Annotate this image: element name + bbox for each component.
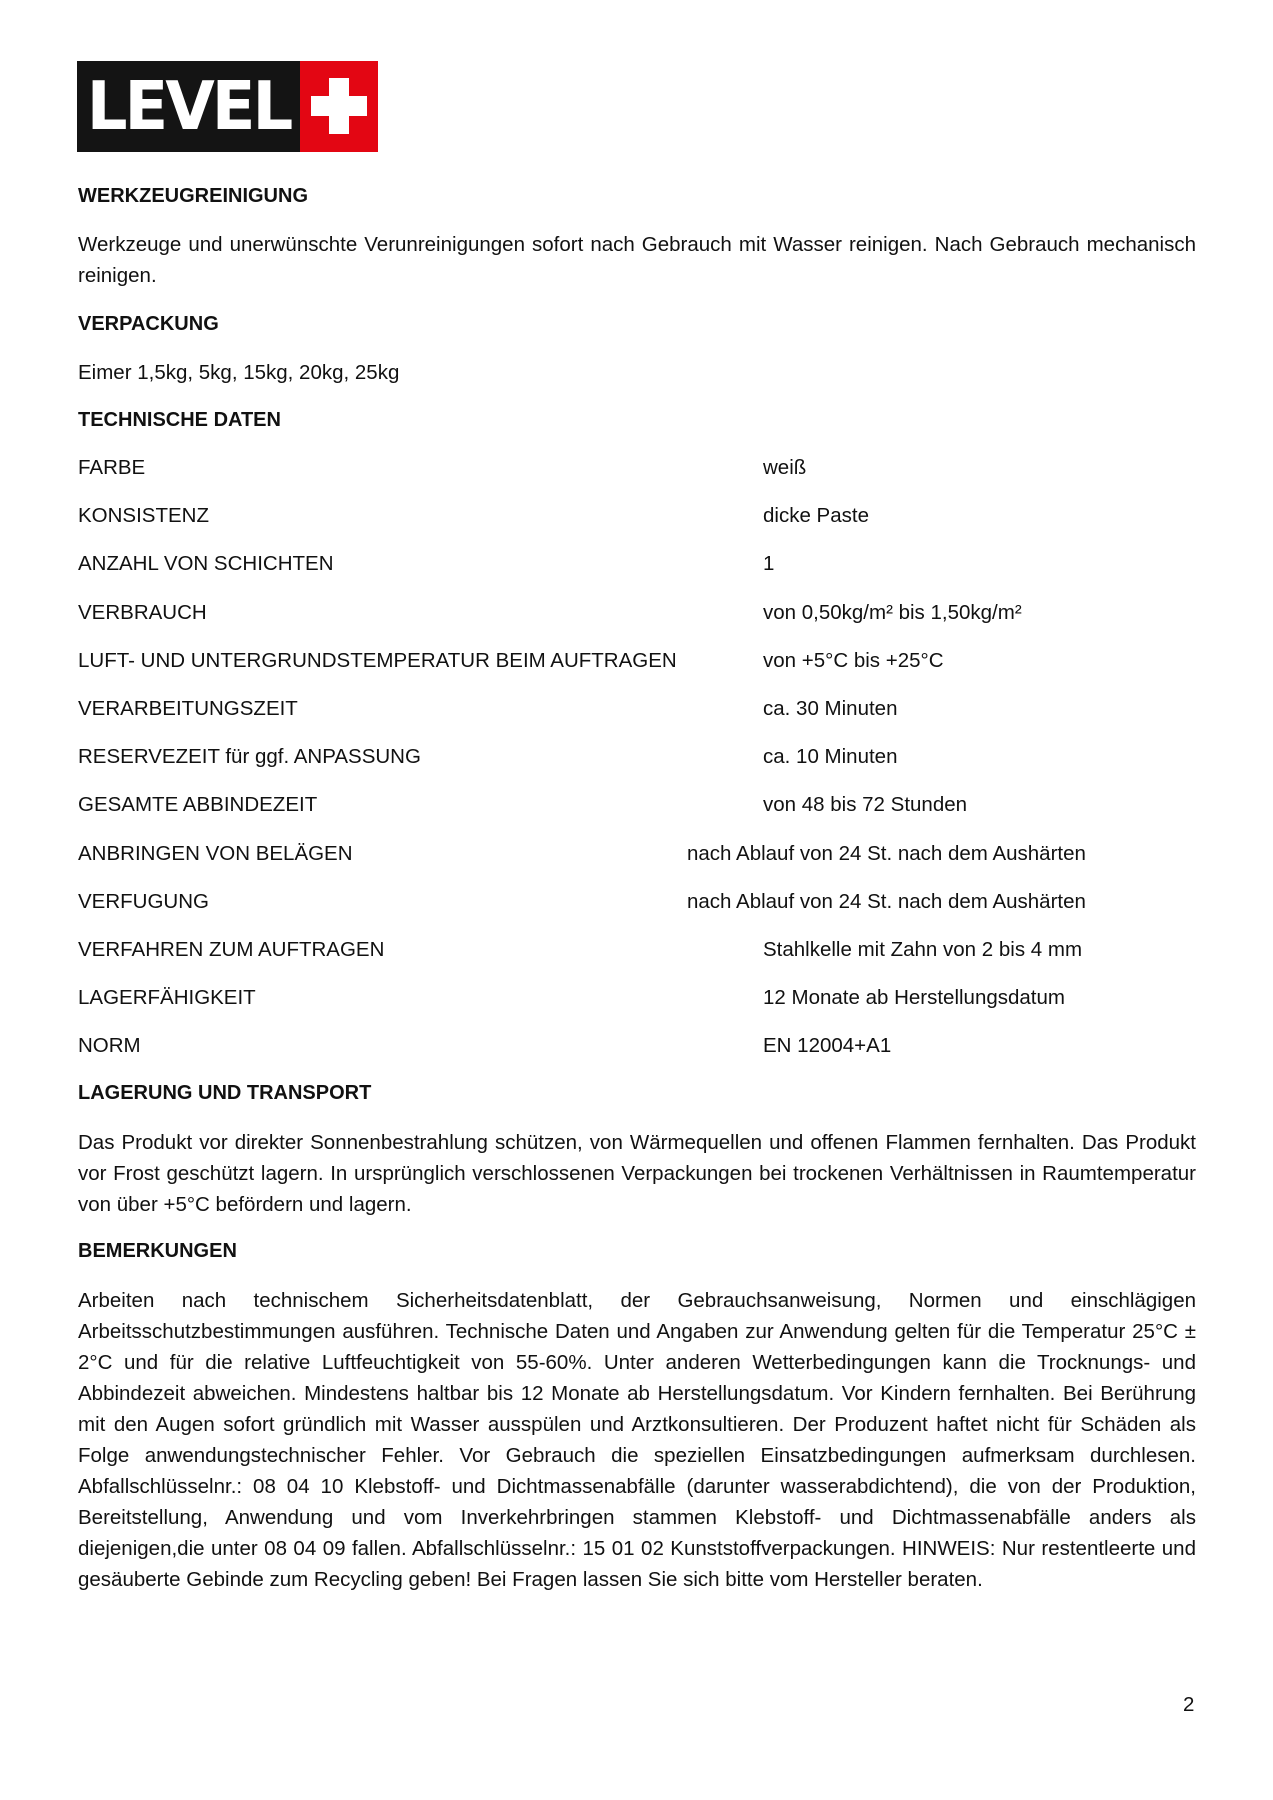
row-value: Stahlkelle mit Zahn von 2 bis 4 mm [763,938,1082,962]
table-row: VERFAHREN ZUM AUFTRAGENStahlkelle mit Za… [78,938,1196,962]
row-label: GESAMTE ABBINDEZEIT [78,793,317,817]
section-heading-lagerung: LAGERUNG UND TRANSPORT [78,1081,1196,1105]
table-row: ANZAHL VON SCHICHTEN1 [78,552,1196,576]
logo-wordmark: LEVEL [87,73,291,140]
table-row: LUFT- UND UNTERGRUNDSTEMPERATUR BEIM AUF… [78,649,1196,673]
section-text-bemerkungen: Arbeiten nach technischem Sicherheitsdat… [78,1285,1196,1595]
row-label: VERFAHREN ZUM AUFTRAGEN [78,938,384,962]
section-heading-werkzeugreinigung: WERKZEUGREINIGUNG [78,184,1196,208]
table-row: VERARBEITUNGSZEITca. 30 Minuten [78,697,1196,721]
row-label: FARBE [78,456,145,480]
table-row: GESAMTE ABBINDEZEITvon 48 bis 72 Stunden [78,793,1196,817]
row-label: ANZAHL VON SCHICHTEN [78,552,334,576]
section-text-lagerung: Das Produkt vor direkter Sonnenbestrahlu… [78,1127,1196,1220]
plus-icon-vertical [329,78,349,134]
table-row: RESERVEZEIT für ggf. ANPASSUNGca. 10 Min… [78,745,1196,769]
row-label: ANBRINGEN VON BELÄGEN [78,842,353,866]
section-heading-bemerkungen: BEMERKUNGEN [78,1239,1196,1263]
row-value: weiß [763,456,806,480]
row-label: VERARBEITUNGSZEIT [78,697,298,721]
brand-logo: LEVEL [77,61,378,152]
table-row: LAGERFÄHIGKEIT12 Monate ab Herstellungsd… [78,986,1196,1010]
row-value: nach Ablauf von 24 St. nach dem Aushärte… [687,842,1086,866]
row-value: von 0,50kg/m² bis 1,50kg/m² [763,601,1022,625]
row-label: LUFT- UND UNTERGRUNDSTEMPERATUR BEIM AUF… [78,649,677,673]
row-value: 1 [763,552,774,576]
row-value: EN 12004+A1 [763,1034,891,1058]
table-row: VERFUGUNGnach Ablauf von 24 St. nach dem… [78,890,1196,914]
row-value: ca. 30 Minuten [763,697,897,721]
row-label: NORM [78,1034,141,1058]
plus-icon [300,61,378,152]
section-text-werkzeugreinigung: Werkzeuge und unerwünschte Verunreinigun… [78,229,1196,291]
section-text-verpackung: Eimer 1,5kg, 5kg, 15kg, 20kg, 25kg [78,357,1196,388]
table-row: NORMEN 12004+A1 [78,1034,1196,1058]
row-value: 12 Monate ab Herstellungsdatum [763,986,1065,1010]
row-label: RESERVEZEIT für ggf. ANPASSUNG [78,745,421,769]
section-heading-technische-daten: TECHNISCHE DATEN [78,408,1196,432]
row-label: VERFUGUNG [78,890,209,914]
page-number: 2 [1183,1693,1194,1717]
row-label: LAGERFÄHIGKEIT [78,986,256,1010]
row-value: ca. 10 Minuten [763,745,897,769]
table-row: FARBEweiß [78,456,1196,480]
row-value: nach Ablauf von 24 St. nach dem Aushärte… [687,890,1086,914]
table-row: ANBRINGEN VON BELÄGENnach Ablauf von 24 … [78,842,1196,866]
row-value: von 48 bis 72 Stunden [763,793,967,817]
table-row: KONSISTENZdicke Paste [78,504,1196,528]
table-row: VERBRAUCHvon 0,50kg/m² bis 1,50kg/m² [78,601,1196,625]
row-label: KONSISTENZ [78,504,209,528]
row-value: dicke Paste [763,504,869,528]
section-heading-verpackung: VERPACKUNG [78,312,1196,336]
row-label: VERBRAUCH [78,601,207,625]
logo-wordmark-box: LEVEL [77,61,300,152]
row-value: von +5°C bis +25°C [763,649,944,673]
